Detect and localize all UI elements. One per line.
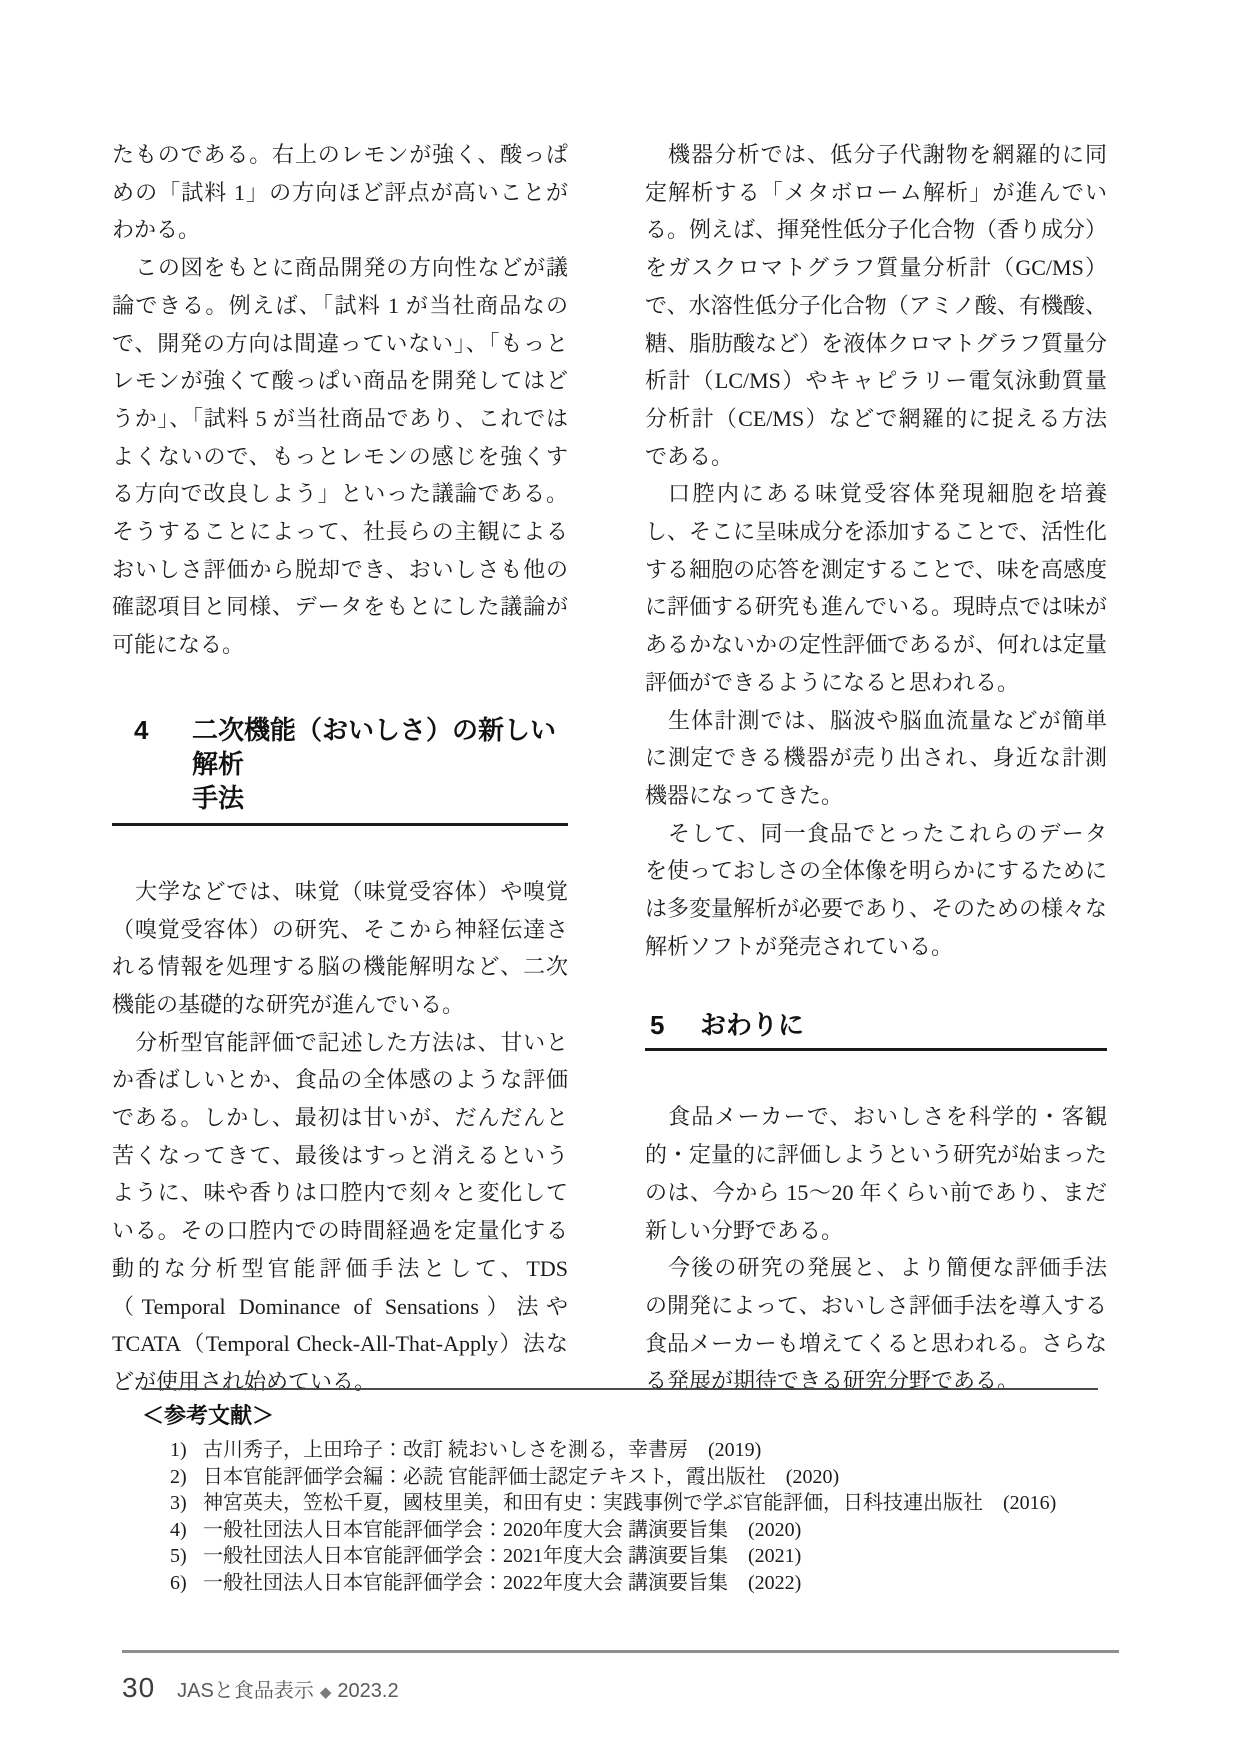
references-heading: ＜参考文献＞	[142, 1399, 1098, 1430]
right-column-paragraphs: 機器分析では、低分子代謝物を網羅的に同定解析する「メタボローム解析」が進んでいる…	[645, 136, 1107, 965]
reference-text: 一般社団法人日本官能評価学会：2020年度大会 講演要旨集 (2020)	[203, 1517, 1098, 1544]
reference-item: 1) 古川秀子，上田玲子：改訂 続おいしさを測る，幸書房 (2019)	[142, 1437, 1098, 1464]
section-4-heading: 4 二次機能（おいしさ）の新しい解析 手法	[112, 713, 568, 826]
reference-number: 5)	[170, 1543, 203, 1570]
reference-item: 2) 日本官能評価学会編：必読 官能評価士認定テキスト，霞出版社 (2020)	[142, 1464, 1098, 1491]
section-number: 5	[650, 1011, 664, 1039]
reference-number: 4)	[170, 1517, 203, 1544]
reference-text: 日本官能評価学会編：必読 官能評価士認定テキスト，霞出版社 (2020)	[203, 1464, 1098, 1491]
reference-text: 神宮英夫，笠松千夏，國枝里美，和田有史：実践事例で学ぶ官能評価，日科技連出版社 …	[203, 1490, 1098, 1517]
paragraph: 大学などでは、味覚（味覚受容体）や嗅覚（嗅覚受容体）の研究、そこから神経伝達され…	[112, 873, 568, 1024]
section-title-line2: 手法	[192, 781, 568, 815]
paragraph: 今後の研究の発展と、より簡便な評価手法の開発によって、おいしさ評価手法を導入する…	[645, 1249, 1107, 1400]
section-5-body: 食品メーカーで、おいしさを科学的・客観的・定量的に評価しようという研究が始まった…	[645, 1098, 1107, 1400]
footer-divider	[122, 1650, 1119, 1653]
right-column: 機器分析では、低分子代謝物を網羅的に同定解析する「メタボローム解析」が進んでいる…	[645, 136, 1107, 1400]
paragraph: 食品メーカーで、おいしさを科学的・客観的・定量的に評価しようという研究が始まった…	[645, 1098, 1107, 1249]
left-column: たものである。右上のレモンが強く、酸っぱめの「試料 1」の方向ほど評点が高いこと…	[112, 136, 568, 1401]
section-title-line1: 二次機能（おいしさ）の新しい解析	[192, 713, 568, 781]
section-number: 4	[134, 713, 148, 747]
section-4-body: 大学などでは、味覚（味覚受容体）や嗅覚（嗅覚受容体）の研究、そこから神経伝達され…	[112, 873, 568, 1401]
page-footer: 30 JASと食品表示 ◆ 2023.2	[122, 1672, 399, 1704]
paragraph: そして、同一食品でとったこれらのデータを使っておしさの全体像を明らかにするために…	[645, 815, 1107, 966]
page-number: 30	[122, 1672, 155, 1704]
diamond-icon: ◆	[320, 1683, 332, 1701]
intro-paragraphs: たものである。右上のレモンが強く、酸っぱめの「試料 1」の方向ほど評点が高いこと…	[112, 136, 568, 664]
section-title: おわりに	[700, 1011, 1107, 1039]
references-list: 1) 古川秀子，上田玲子：改訂 続おいしさを測る，幸書房 (2019) 2) 日…	[142, 1437, 1098, 1596]
document-page: たものである。右上のレモンが強く、酸っぱめの「試料 1」の方向ほど評点が高いこと…	[0, 0, 1241, 1754]
reference-item: 4) 一般社団法人日本官能評価学会：2020年度大会 講演要旨集 (2020)	[142, 1517, 1098, 1544]
reference-text: 古川秀子，上田玲子：改訂 続おいしさを測る，幸書房 (2019)	[203, 1437, 1098, 1464]
reference-number: 3)	[170, 1490, 203, 1517]
journal-title: JASと食品表示	[177, 1674, 314, 1703]
reference-item: 3) 神宮英夫，笠松千夏，國枝里美，和田有史：実践事例で学ぶ官能評価，日科技連出…	[142, 1490, 1098, 1517]
paragraph: 生体計測では、脳波や脳血流量などが簡単に測定できる機器が売り出され、身近な計測機…	[645, 702, 1107, 815]
reference-item: 5) 一般社団法人日本官能評価学会：2021年度大会 講演要旨集 (2021)	[142, 1543, 1098, 1570]
reference-number: 6)	[170, 1570, 203, 1597]
paragraph: 分析型官能評価で記述した方法は、甘いとか香ばしいとか、食品の全体感のような評価で…	[112, 1024, 568, 1401]
reference-number: 2)	[170, 1464, 203, 1491]
reference-text: 一般社団法人日本官能評価学会：2021年度大会 講演要旨集 (2021)	[203, 1543, 1098, 1570]
paragraph: 機器分析では、低分子代謝物を網羅的に同定解析する「メタボローム解析」が進んでいる…	[645, 136, 1107, 475]
reference-item: 6) 一般社団法人日本官能評価学会：2022年度大会 講演要旨集 (2022)	[142, 1570, 1098, 1597]
paragraph: この図をもとに商品開発の方向性などが議論できる。例えば、「試料 1 が当社商品な…	[112, 249, 568, 664]
paragraph: たものである。右上のレモンが強く、酸っぱめの「試料 1」の方向ほど評点が高いこと…	[112, 136, 568, 249]
paragraph: 口腔内にある味覚受容体発現細胞を培養し、そこに呈味成分を添加することで、活性化す…	[645, 475, 1107, 701]
reference-text: 一般社団法人日本官能評価学会：2022年度大会 講演要旨集 (2022)	[203, 1570, 1098, 1597]
issue-date: 2023.2	[337, 1680, 398, 1703]
section-5-heading: 5 おわりに	[645, 1011, 1107, 1051]
reference-number: 1)	[170, 1437, 203, 1464]
references-section: ＜参考文献＞ 1) 古川秀子，上田玲子：改訂 続おいしさを測る，幸書房 (201…	[142, 1388, 1098, 1596]
